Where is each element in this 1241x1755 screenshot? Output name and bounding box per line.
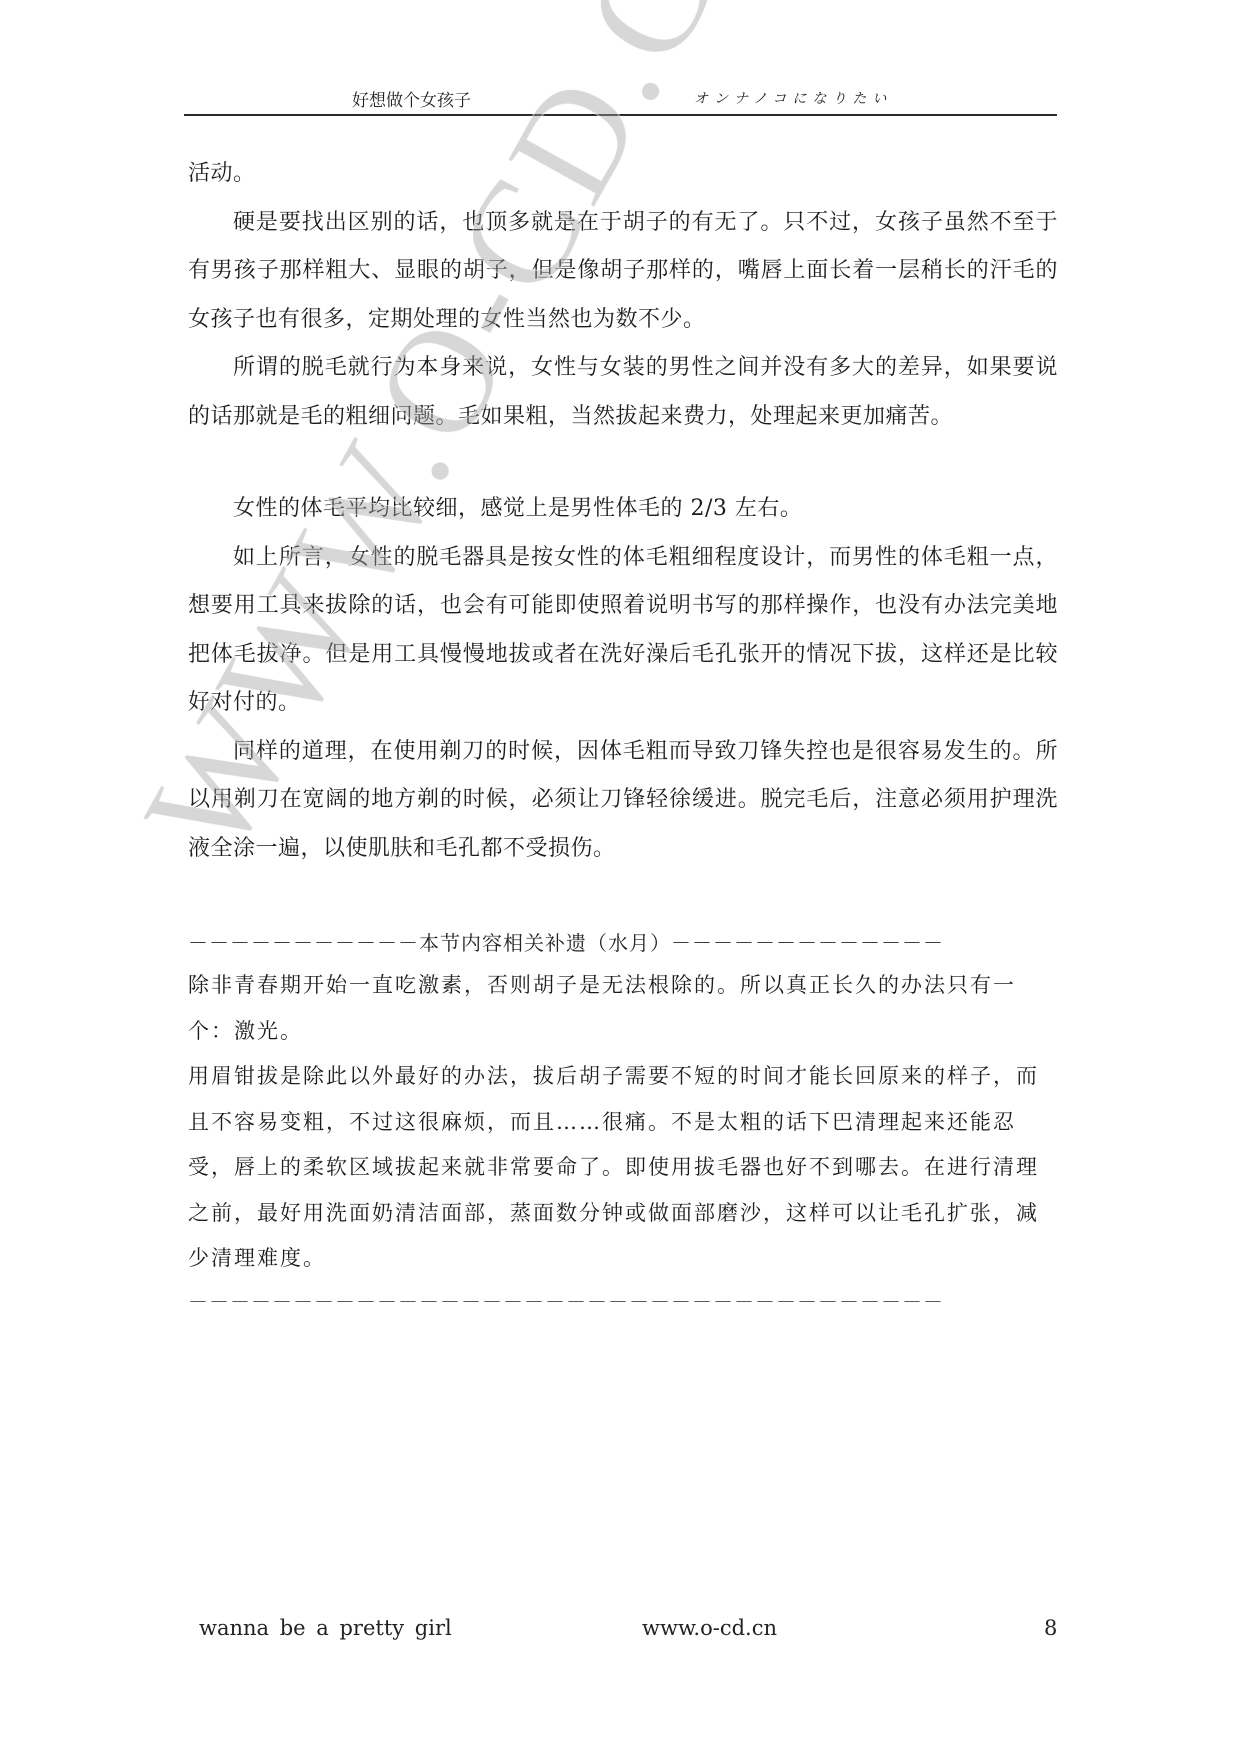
document-page: 好想做个女孩子 オンナノコになりたい 活动。 硬是要找出区别的话，也顶多就是在于… xyxy=(0,0,1241,1755)
paragraph-gap xyxy=(188,441,1058,485)
footer-tagline: wanna be a pretty girl xyxy=(199,1616,452,1640)
section-gap xyxy=(188,873,1058,923)
body-paragraph: 如上所言，女性的脱毛器具是按女性的体毛粗细程度设计，而男性的体毛粗一点，想要用工… xyxy=(188,534,1058,728)
page-number: 8 xyxy=(1044,1616,1057,1640)
supplement-end-rule: －－－－－－－－－－－－－－－－－－－－－－－－－－－－－－－－－－－－ xyxy=(188,1282,1058,1322)
supplement-paragraph: 除非青春期开始一直吃激素，否则胡子是无法根除的。所以真正长久的办法只有一个：激光… xyxy=(188,963,1058,1054)
body-paragraph: 女性的体毛平均比较细，感觉上是男性体毛的 2/3 左右。 xyxy=(188,485,1058,534)
body-paragraph: 硬是要找出区别的话，也顶多就是在于胡子的有无了。只不过，女孩子虽然不至于有男孩子… xyxy=(188,199,1058,345)
page-header: 好想做个女孩子 オンナノコになりたい xyxy=(184,86,1057,116)
body-paragraph: 所谓的脱毛就行为本身来说，女性与女装的男性之间并没有多大的差异，如果要说的话那就… xyxy=(188,344,1058,441)
supplement-paragraph: 用眉钳拔是除此以外最好的办法，拔后胡子需要不短的时间才能长回原来的样子，而且不容… xyxy=(188,1054,1058,1282)
footer-website: www.o-cd.cn xyxy=(642,1616,777,1640)
body-paragraph: 同样的道理，在使用剃刀的时候，因体毛粗而导致刀锋失控也是很容易发生的。所以用剃刀… xyxy=(188,728,1058,874)
header-divider xyxy=(184,114,1057,116)
supplement-heading: －－－－－－－－－－－本节内容相关补遗（水月）－－－－－－－－－－－－－ xyxy=(188,923,1058,963)
page-content: 活动。 硬是要找出区别的话，也顶多就是在于胡子的有无了。只不过，女孩子虽然不至于… xyxy=(188,150,1058,1322)
page-footer: wanna be a pretty girl www.o-cd.cn 8 xyxy=(0,1616,1241,1646)
header-title-japanese: オンナノコになりたい xyxy=(694,88,892,108)
body-paragraph: 活动。 xyxy=(188,150,1058,199)
header-title-chinese: 好想做个女孩子 xyxy=(352,86,471,111)
